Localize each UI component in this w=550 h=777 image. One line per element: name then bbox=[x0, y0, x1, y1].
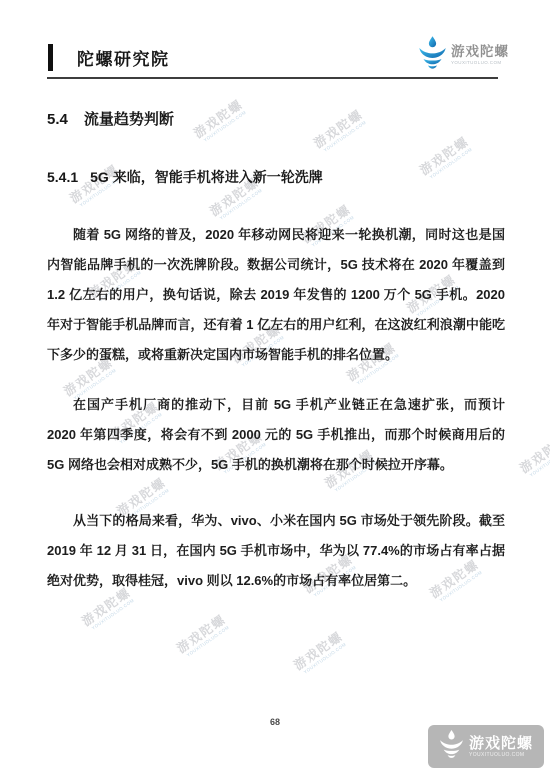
brand-spintop-icon bbox=[418, 35, 447, 75]
body-paragraph-2: 在国产手机厂商的推动下，目前 5G 手机产业链正在急速扩张，而预计 2020 年… bbox=[47, 390, 505, 480]
subsection-heading: 5.4.15G 来临，智能手机将进入新一轮洗牌 bbox=[47, 167, 323, 187]
section-title: 流量趋势判断 bbox=[84, 111, 174, 128]
brand-logo-badge: 游戏陀螺 YOUXITUOLUO.COM bbox=[428, 725, 544, 768]
header-divider bbox=[47, 77, 498, 79]
watermark: 游戏陀螺YOUXITUOLUO.COM bbox=[172, 82, 267, 157]
subsection-title: 5G 来临，智能手机将进入新一轮洗牌 bbox=[90, 169, 323, 185]
badge-brand-url: YOUXITUOLUO.COM bbox=[469, 753, 533, 758]
document-page: 游戏陀螺YOUXITUOLUO.COM 游戏陀螺YOUXITUOLUO.COM … bbox=[0, 0, 550, 777]
brand-logo-top: 游戏陀螺 YOUXITUOLUO.COM bbox=[418, 35, 509, 75]
header-title: 陀螺研究院 bbox=[77, 45, 170, 70]
section-number: 5.4 bbox=[47, 111, 68, 128]
badge-brand-name: 游戏陀螺 bbox=[469, 736, 533, 751]
watermark: 游戏陀螺YOUXITUOLUO.COM bbox=[498, 417, 550, 492]
header-accent-bar bbox=[48, 44, 53, 71]
watermark: 游戏陀螺YOUXITUOLUO.COM bbox=[272, 614, 367, 689]
body-paragraph-1: 随着 5G 网络的普及，2020 年移动网民将迎来一轮换机潮，同时这也是国内智能… bbox=[47, 220, 505, 370]
watermark: 游戏陀螺YOUXITUOLUO.COM bbox=[398, 119, 493, 194]
brand-name: 游戏陀螺 bbox=[451, 45, 509, 59]
watermark: 游戏陀螺YOUXITUOLUO.COM bbox=[292, 92, 387, 167]
brand-url: YOUXITUOLUO.COM bbox=[451, 61, 509, 66]
brand-spintop-icon-white bbox=[439, 729, 464, 764]
subsection-number: 5.4.1 bbox=[47, 169, 78, 185]
section-heading: 5.4流量趋势判断 bbox=[47, 108, 174, 129]
watermark: 游戏陀螺YOUXITUOLUO.COM bbox=[155, 597, 250, 672]
body-paragraph-3: 从当下的格局来看，华为、vivo、小米在国内 5G 市场处于领先阶段。截至 20… bbox=[47, 506, 505, 596]
